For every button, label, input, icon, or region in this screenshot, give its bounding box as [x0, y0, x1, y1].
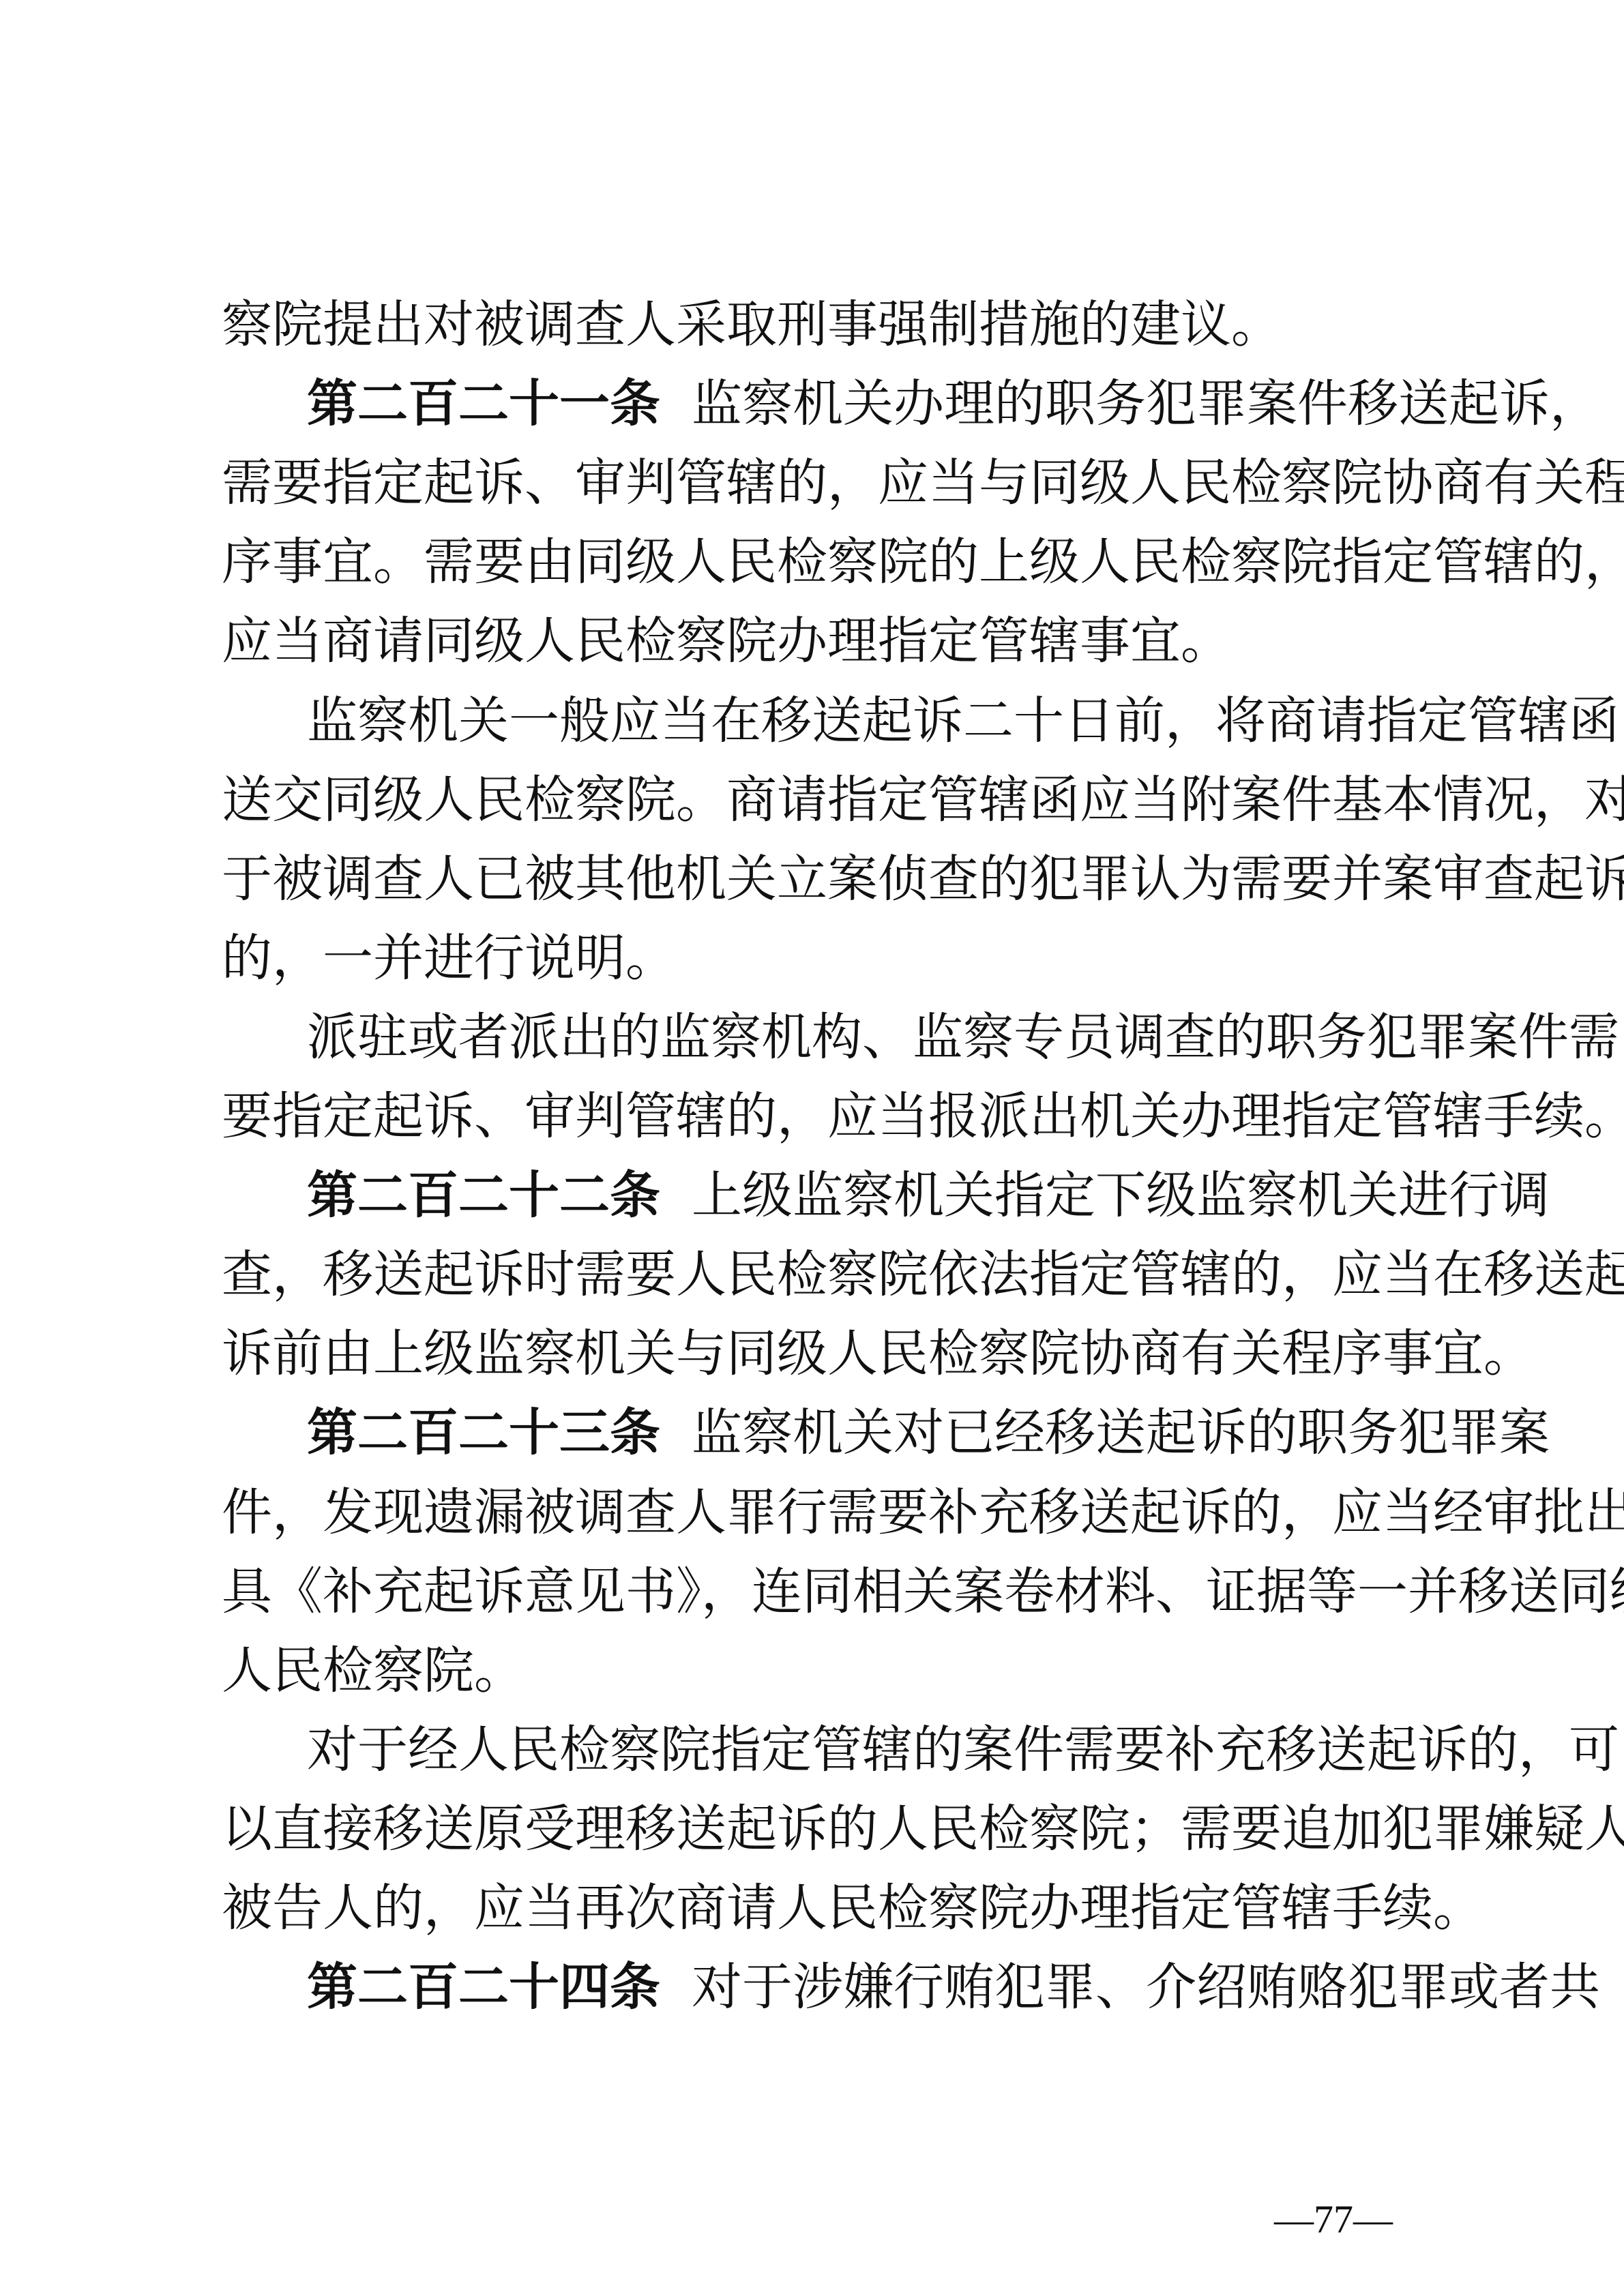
text-line: 件，发现遗漏被调查人罪行需要补充移送起诉的，应当经审批出 [222, 1473, 1427, 1552]
line-text: 人民检察院。 [222, 1641, 525, 1700]
line-text: 以直接移送原受理移送起诉的人民检察院；需要追加犯罪嫌疑人、 [222, 1800, 1624, 1858]
article-line: 第二百二十一条监察机关办理的职务犯罪案件移送起诉， [307, 364, 1427, 443]
line-text: 监察机关对已经移送起诉的职务犯罪案 [692, 1403, 1550, 1462]
line-text: 序事宜。需要由同级人民检察院的上级人民检察院指定管辖的， [222, 533, 1624, 591]
line-text: 于被调查人已被其他机关立案侦查的犯罪认为需要并案审查起诉 [222, 850, 1624, 908]
text-line: 的，一并进行说明。 [222, 919, 1427, 998]
line-text: 要指定起诉、审判管辖的，应当报派出机关办理指定管辖手续。 [222, 1087, 1624, 1146]
text-line: 送交同级人民检察院。商请指定管辖函应当附案件基本情况，对 [222, 760, 1427, 839]
line-text: 察院提出对被调查人采取刑事强制措施的建议。 [222, 295, 1282, 354]
line-text: 派驻或者派出的监察机构、监察专员调查的职务犯罪案件需 [307, 1008, 1619, 1067]
line-text: 查，移送起诉时需要人民检察院依法指定管辖的，应当在移送起 [222, 1245, 1624, 1304]
line-text: 应当商请同级人民检察院办理指定管辖事宜。 [222, 612, 1231, 670]
text-line: 察院提出对被调查人采取刑事强制措施的建议。 [222, 285, 1427, 364]
line-text: 的，一并进行说明。 [222, 929, 676, 987]
text-line: 人民检察院。 [222, 1631, 1427, 1710]
line-text: 对于涉嫌行贿犯罪、介绍贿赂犯罪或者共 [692, 1958, 1600, 2016]
article-heading: 第二百二十一条 [307, 374, 660, 433]
line-text: 件，发现遗漏被调查人罪行需要补充移送起诉的，应当经审批出 [222, 1483, 1624, 1542]
text-line: 对于经人民检察院指定管辖的案件需要补充移送起诉的，可 [307, 1710, 1427, 1789]
text-line: 以直接移送原受理移送起诉的人民检察院；需要追加犯罪嫌疑人、 [222, 1789, 1427, 1868]
text-line: 监察机关一般应当在移送起诉二十日前，将商请指定管辖函 [307, 681, 1427, 760]
text-line: 于被调查人已被其他机关立案侦查的犯罪认为需要并案审查起诉 [222, 839, 1427, 919]
text-line: 要指定起诉、审判管辖的，应当报派出机关办理指定管辖手续。 [222, 1077, 1427, 1156]
line-text: 监察机关一般应当在移送起诉二十日前，将商请指定管辖函 [307, 691, 1619, 750]
line-text: 诉前由上级监察机关与同级人民检察院协商有关程序事宜。 [222, 1324, 1534, 1383]
article-line: 第二百二十二条上级监察机关指定下级监察机关进行调 [307, 1156, 1427, 1235]
article-line: 第二百二十三条监察机关对已经移送起诉的职务犯罪案 [307, 1393, 1427, 1472]
line-text: 对于经人民检察院指定管辖的案件需要补充移送起诉的，可 [307, 1720, 1619, 1779]
text-line: 需要指定起诉、审判管辖的，应当与同级人民检察院协商有关程 [222, 443, 1427, 522]
text-line: 具《补充起诉意见书》，连同相关案卷材料、证据等一并移送同级 [222, 1552, 1427, 1631]
line-text: 送交同级人民检察院。商请指定管辖函应当附案件基本情况，对 [222, 771, 1624, 829]
article-heading: 第二百二十四条 [307, 1958, 660, 2016]
article-line: 第二百二十四条对于涉嫌行贿犯罪、介绍贿赂犯罪或者共 [307, 1948, 1427, 2027]
page-number: —77— [1274, 2196, 1393, 2243]
line-text: 被告人的，应当再次商请人民检察院办理指定管辖手续。 [222, 1879, 1483, 1937]
text-line: 派驻或者派出的监察机构、监察专员调查的职务犯罪案件需 [307, 998, 1427, 1077]
text-line: 应当商请同级人民检察院办理指定管辖事宜。 [222, 601, 1427, 681]
article-heading: 第二百二十二条 [307, 1166, 660, 1225]
line-text: 监察机关办理的职务犯罪案件移送起诉， [692, 374, 1600, 433]
article-heading: 第二百二十三条 [307, 1403, 660, 1462]
document-page: 察院提出对被调查人采取刑事强制措施的建议。第二百二十一条监察机关办理的职务犯罪案… [0, 0, 1624, 2296]
text-line: 查，移送起诉时需要人民检察院依法指定管辖的，应当在移送起 [222, 1235, 1427, 1314]
line-text: 需要指定起诉、审判管辖的，应当与同级人民检察院协商有关程 [222, 453, 1624, 512]
line-text: 具《补充起诉意见书》，连同相关案卷材料、证据等一并移送同级 [222, 1562, 1624, 1621]
text-line: 诉前由上级监察机关与同级人民检察院协商有关程序事宜。 [222, 1314, 1427, 1393]
text-line: 被告人的，应当再次商请人民检察院办理指定管辖手续。 [222, 1868, 1427, 1948]
text-line: 序事宜。需要由同级人民检察院的上级人民检察院指定管辖的， [222, 522, 1427, 601]
line-text: 上级监察机关指定下级监察机关进行调 [692, 1166, 1550, 1225]
